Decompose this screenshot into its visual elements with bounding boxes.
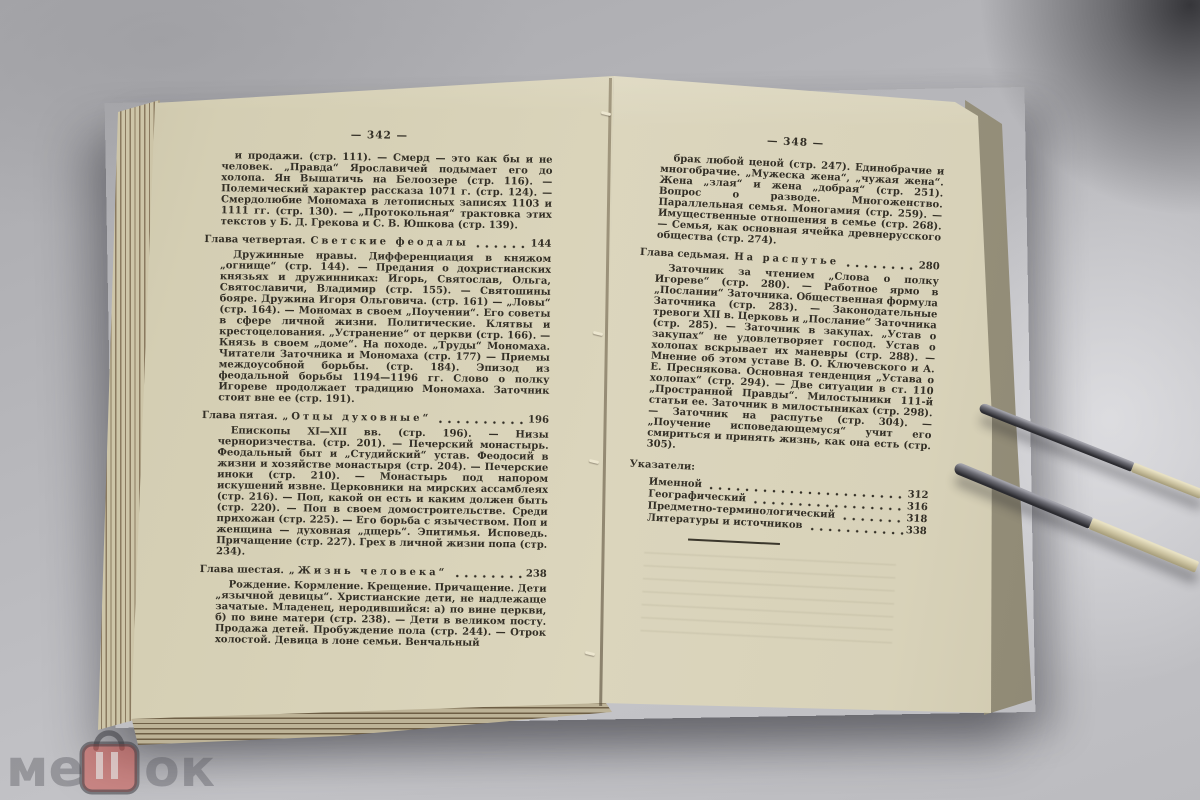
watermark-text-right: ок [144,739,214,799]
chapter-heading-5: Глава пятая. „Отцы духовные“ 196 [202,410,549,426]
chapter-title: Светские феодалы [310,235,468,248]
chapter-page-number: 144 [530,239,551,250]
shopping-bag-icon [82,733,137,792]
dot-leader [810,528,904,536]
meshok-watermark: ме ок [4,722,214,800]
chapter-prefix: Глава пятая. [202,410,278,422]
tool-handle [1088,518,1199,573]
show-through-text [640,552,896,650]
toc-paragraph: Рождение. Кормление. Крещение. Причащени… [215,579,547,650]
chapter-page-number: 196 [528,415,549,426]
watermark-text-left: ме [6,739,84,799]
toc-paragraph: и продажи. (стр. 111). — Смерд — это как… [221,150,553,232]
index-page-number: 318 [906,513,927,525]
dot-leader [847,264,917,270]
chapter-prefix: Глава шестая. [200,564,284,576]
chapter-heading-4: Глава четвертая. Светские феодалы 144 [204,234,551,250]
tool-handle [1131,463,1200,499]
toc-paragraph: Дружинные нравы. Дифференциация в княжом… [218,249,551,408]
left-page-content: — 342 — и продажи. (стр. 111). — Смерд —… [199,128,553,657]
toc-paragraph: брак любой ценой (стр. 247). Единобрачие… [657,153,945,255]
index-page-number: 338 [906,525,927,537]
chapter-title: На распутье [734,251,839,267]
chapter-heading-6: Глава шестая. „Жизнь человека“ 238 [200,564,547,580]
toc-paragraph: Заточник за чтением „Слова о полку Игоре… [646,263,939,464]
chapter-page-number: 238 [526,569,547,580]
index-page-number: 312 [907,489,928,501]
index-page-number: 316 [907,501,928,513]
dot-leader [439,420,526,424]
chapter-prefix: Глава седьмая. [640,247,730,262]
chapter-title: „Отцы духовные“ [283,411,432,424]
dot-leader [477,245,529,249]
toc-paragraph: Епископы XI—XII вв. (стр. 196). — Низы ч… [216,425,549,562]
chapter-prefix: Глава четвертая. [204,234,305,246]
right-page-content: — 348 — брак любой ценой (стр. 247). Еди… [626,130,946,552]
chapter-page-number: 280 [919,260,940,272]
dot-leader [455,575,524,579]
chapter-title: „Жизнь человека“ [289,565,448,578]
